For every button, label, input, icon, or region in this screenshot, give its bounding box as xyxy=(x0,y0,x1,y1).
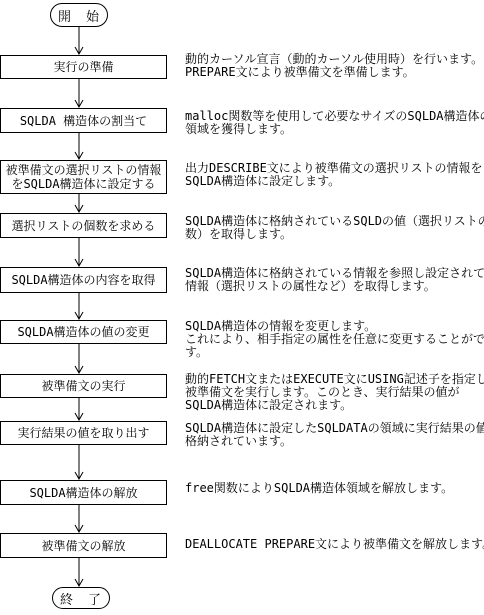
flowchart-canvas: 開 始 実行の準備 動的カーソル宣言（動的カーソル使用時）を行います。 PREP… xyxy=(0,0,484,615)
end-label: 終 了 xyxy=(60,589,102,608)
note-fetch-result-values: SQLDA構造体に設定したSQLDATAの領域に実行結果の値が 格納されています… xyxy=(185,422,483,448)
start-terminal: 開 始 xyxy=(50,3,108,27)
arrow-down xyxy=(75,293,83,319)
step-fetch-result-values: 実行結果の値を取り出す xyxy=(0,421,167,445)
step-label: 被準備文の解放 xyxy=(41,539,125,553)
step-label: 選択リストの個数を求める xyxy=(12,219,156,233)
arrow-down xyxy=(75,558,83,586)
note-line: 情報（選択リストの属性など）を取得します。 xyxy=(185,280,483,293)
arrow-down xyxy=(75,344,83,373)
note-get-select-list-count: SQLDA構造体に格納されているSQLDの値（選択リストの個 数）を取得します。 xyxy=(185,215,483,241)
arrow-down xyxy=(75,445,83,479)
step-label: SQLDA 構造体の割当て xyxy=(20,114,147,128)
step-get-select-list-count: 選択リストの個数を求める xyxy=(0,213,167,238)
note-line: これにより、相手指定の属性を任意に変更することができま xyxy=(185,333,483,346)
arrow-down xyxy=(75,398,83,420)
end-terminal: 終 了 xyxy=(52,587,110,609)
note-line: SQLDA構造体に設定します。 xyxy=(185,175,483,188)
arrow-down xyxy=(75,26,83,54)
step-set-select-list-info: 被準備文の選択リストの情報 をSQLDA構造体に設定する xyxy=(0,160,167,194)
step-label: SQLDA構造体の解放 xyxy=(29,486,137,500)
arrow-down xyxy=(75,79,83,107)
note-line: 格納されています。 xyxy=(185,435,483,448)
step-label: 被準備文の実行 xyxy=(41,379,125,393)
step-execute-prepared-statement: 被準備文の実行 xyxy=(0,374,167,398)
note-line: PREPARE文により被準備文を準備します。 xyxy=(185,66,483,79)
arrow-down xyxy=(75,238,83,266)
step-free-sqlda: SQLDA構造体の解放 xyxy=(0,480,167,505)
note-change-sqlda-values: SQLDA構造体の情報を変更します。 これにより、相手指定の属性を任意に変更する… xyxy=(185,320,483,359)
note-line: 領域を獲得します。 xyxy=(185,123,483,136)
note-line: 数）を取得します。 xyxy=(185,228,483,241)
step-label: 被準備文の選択リストの情報 xyxy=(6,163,162,177)
step-prepare-execution: 実行の準備 xyxy=(0,55,167,79)
step-label: SQLDA構造体の内容を取得 xyxy=(11,273,155,287)
note-free-sqlda: free関数によりSQLDA構造体領域を解放します。 xyxy=(185,482,483,495)
note-set-select-list-info: 出力DESCRIBE文により被準備文の選択リストの情報を SQLDA構造体に設定… xyxy=(185,162,483,188)
note-free-prepared-statement: DEALLOCATE PREPARE文により被準備文を解放します。 xyxy=(185,538,483,551)
step-allocate-sqlda: SQLDA 構造体の割当て xyxy=(0,108,167,133)
note-get-sqlda-contents: SQLDA構造体に格納されている情報を参照し設定されている 情報（選択リストの属… xyxy=(185,267,483,293)
step-label: 実行の準備 xyxy=(53,60,113,74)
step-label: SQLDA構造体の値の変更 xyxy=(17,325,149,339)
step-get-sqlda-contents: SQLDA構造体の内容を取得 xyxy=(0,267,167,293)
arrow-down xyxy=(75,133,83,159)
step-free-prepared-statement: 被準備文の解放 xyxy=(0,533,167,558)
step-change-sqlda-values: SQLDA構造体の値の変更 xyxy=(0,320,167,344)
arrow-down xyxy=(75,505,83,532)
flow-arrows xyxy=(0,0,484,615)
note-line: DEALLOCATE PREPARE文により被準備文を解放します。 xyxy=(185,538,483,551)
arrow-down xyxy=(75,194,83,212)
note-execute-prepared-statement: 動的FETCH文またはEXECUTE文にUSING記述子を指定して 被準備文を実… xyxy=(185,373,483,412)
start-label: 開 始 xyxy=(58,6,100,25)
note-allocate-sqlda: malloc関数等を使用して必要なサイズのSQLDA構造体の 領域を獲得します。 xyxy=(185,110,483,136)
note-line: す。 xyxy=(185,346,483,359)
note-prepare-execution: 動的カーソル宣言（動的カーソル使用時）を行います。 PREPARE文により被準備… xyxy=(185,53,483,79)
note-line: free関数によりSQLDA構造体領域を解放します。 xyxy=(185,482,483,495)
step-label: 実行結果の値を取り出す xyxy=(17,426,149,440)
note-line: SQLDA構造体に設定されます。 xyxy=(185,399,483,412)
step-label: をSQLDA構造体に設定する xyxy=(11,177,155,191)
